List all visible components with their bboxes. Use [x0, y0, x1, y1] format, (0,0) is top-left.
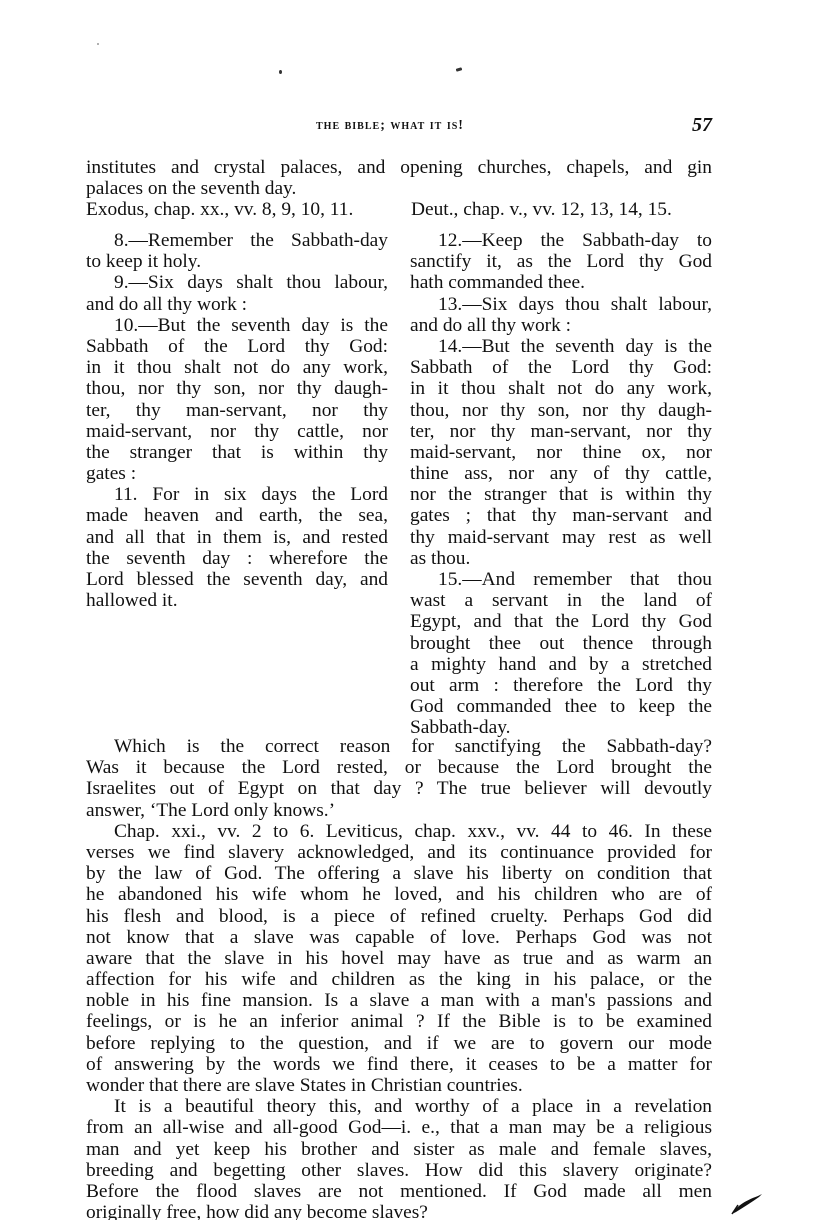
verse-line: Egypt, and that the Lord thy God	[410, 611, 712, 632]
text-line: he abandoned his wife whom he loved, and…	[86, 884, 712, 905]
text-line: Chap. xxi., vv. 2 to 6. Leviticus, chap.…	[86, 821, 712, 842]
verse-line: 8.—Remember the Sabbath-day	[86, 230, 388, 251]
text-line: noble in his fine mansion. Is a slave a …	[86, 990, 712, 1011]
scan-speck	[456, 67, 463, 71]
verse-line: hath commanded thee.	[410, 272, 712, 293]
verse-line: 10.—But the seventh day is the	[86, 315, 388, 336]
right-column-deuteronomy: 12.—Keep the Sabbath-day tosanctify it, …	[410, 230, 712, 739]
scan-speck	[279, 70, 282, 74]
verse-line: 9.—Six days shalt thou labour,	[86, 272, 388, 293]
paragraph: Chap. xxi., vv. 2 to 6. Leviticus, chap.…	[86, 821, 712, 1096]
text-line: breeding and begetting other slaves. How…	[86, 1160, 712, 1181]
scan-speck	[97, 43, 99, 45]
text-line: not know that a slave was capable of lov…	[86, 927, 712, 948]
page-header: THE BIBLE; WHAT IT IS! 57	[86, 116, 712, 140]
paragraph: Which is the correct reason for sanctify…	[86, 736, 712, 821]
quill-mark-icon	[730, 1193, 764, 1215]
verse-line: 13.—Six days thou shalt labour,	[410, 294, 712, 315]
verse-line: the seventh day : wherefore the	[86, 548, 388, 569]
verse-line: made heaven and earth, the sea,	[86, 505, 388, 526]
paragraph: It is a beautiful theory this, and worth…	[86, 1096, 712, 1220]
verse-line: brought thee out thence through	[410, 633, 712, 654]
verse-line: out arm : therefore the Lord thy	[410, 675, 712, 696]
verse-line: ter, thy man-servant, nor thy	[86, 400, 388, 421]
verse-line: to keep it holy.	[86, 251, 388, 272]
reference-deuteronomy: Deut., chap. v., vv. 12, 13, 14, 15.	[411, 199, 672, 221]
verse-line: gates :	[86, 463, 388, 484]
verse-line: wast a servant in the land of	[410, 590, 712, 611]
verse-line: 12.—Keep the Sabbath-day to	[410, 230, 712, 251]
verse-line: 15.—And remember that thou	[410, 569, 712, 590]
verse-line: maid-servant, nor thine ox, nor	[410, 442, 712, 463]
verse-line: Lord blessed the seventh day, and	[86, 569, 388, 590]
page-number: 57	[692, 114, 712, 137]
verse-line: Sabbath of the Lord thy God:	[410, 357, 712, 378]
text-line: institutes and crystal palaces, and open…	[86, 157, 712, 178]
verse-line: a mighty hand and by a stretched	[410, 654, 712, 675]
verse-line: thou, nor thy son, nor thy daugh-	[86, 378, 388, 399]
text-line: originally free, how did any become slav…	[86, 1202, 712, 1220]
verse-line: in it thou shalt not do any work,	[410, 378, 712, 399]
verse-line: ter, nor thy man-servant, nor thy	[410, 421, 712, 442]
text-line: aware that the slave in his hovel may ha…	[86, 948, 712, 969]
verse-line: Sabbath of the Lord thy God:	[86, 336, 388, 357]
verse-line: hallowed it.	[86, 590, 388, 611]
verse-line: gates ; that thy man-servant and	[410, 505, 712, 526]
left-column-exodus: 8.—Remember the Sabbath-dayto keep it ho…	[86, 230, 388, 611]
text-line: palaces on the seventh day.	[86, 178, 712, 199]
text-line: answer, ‘The Lord only knows.’	[86, 800, 712, 821]
verse-line: sanctify it, as the Lord thy God	[410, 251, 712, 272]
verse-line: 11. For in six days the Lord	[86, 484, 388, 505]
text-line: feelings, or is he an inferior animal ? …	[86, 1011, 712, 1032]
text-line: before replying to the question, and if …	[86, 1033, 712, 1054]
text-line: affection for his wife and children as t…	[86, 969, 712, 990]
verse-line: as thou.	[410, 548, 712, 569]
text-line: man and yet keep his brother and sister …	[86, 1139, 712, 1160]
verse-line: maid-servant, nor thy cattle, nor	[86, 421, 388, 442]
verse-line: in it thou shalt not do any work,	[86, 357, 388, 378]
verse-line: the stranger that is within thy	[86, 442, 388, 463]
verse-line: thou, nor thy son, nor thy daugh-	[410, 400, 712, 421]
text-line: It is a beautiful theory this, and worth…	[86, 1096, 712, 1117]
text-line: Was it because the Lord rested, or becau…	[86, 757, 712, 778]
reference-exodus: Exodus, chap. xx., vv. 8, 9, 10, 11.	[86, 199, 353, 221]
text-line: wonder that there are slave States in Ch…	[86, 1075, 712, 1096]
text-line: by the law of God. The offering a slave …	[86, 863, 712, 884]
text-line: his flesh and blood, is a piece of refin…	[86, 906, 712, 927]
text-line: of answering by the words we find there,…	[86, 1054, 712, 1075]
book-page: THE BIBLE; WHAT IT IS! 57 institutes and…	[0, 0, 836, 1220]
text-line: Israelites out of Egypt on that day ? Th…	[86, 778, 712, 799]
verse-line: thine ass, nor any of thy cattle,	[410, 463, 712, 484]
body-text: Which is the correct reason for sanctify…	[86, 736, 712, 1220]
verse-line: 14.—But the seventh day is the	[410, 336, 712, 357]
text-line: Which is the correct reason for sanctify…	[86, 736, 712, 757]
text-line: Before the flood slaves are not mentione…	[86, 1181, 712, 1202]
text-line: verses we find slavery acknowledged, and…	[86, 842, 712, 863]
verse-line: nor the stranger that is within thy	[410, 484, 712, 505]
verse-line: thy maid-servant may rest as well	[410, 527, 712, 548]
verse-line: and do all thy work :	[410, 315, 712, 336]
verse-line: and do all thy work :	[86, 294, 388, 315]
verse-line: God commanded thee to keep the	[410, 696, 712, 717]
intro-text: institutes and crystal palaces, and open…	[86, 157, 712, 199]
running-head: THE BIBLE; WHAT IT IS!	[316, 118, 464, 134]
verse-line: and all that in them is, and rested	[86, 527, 388, 548]
text-line: from an all-wise and all-good God—i. e.,…	[86, 1117, 712, 1138]
